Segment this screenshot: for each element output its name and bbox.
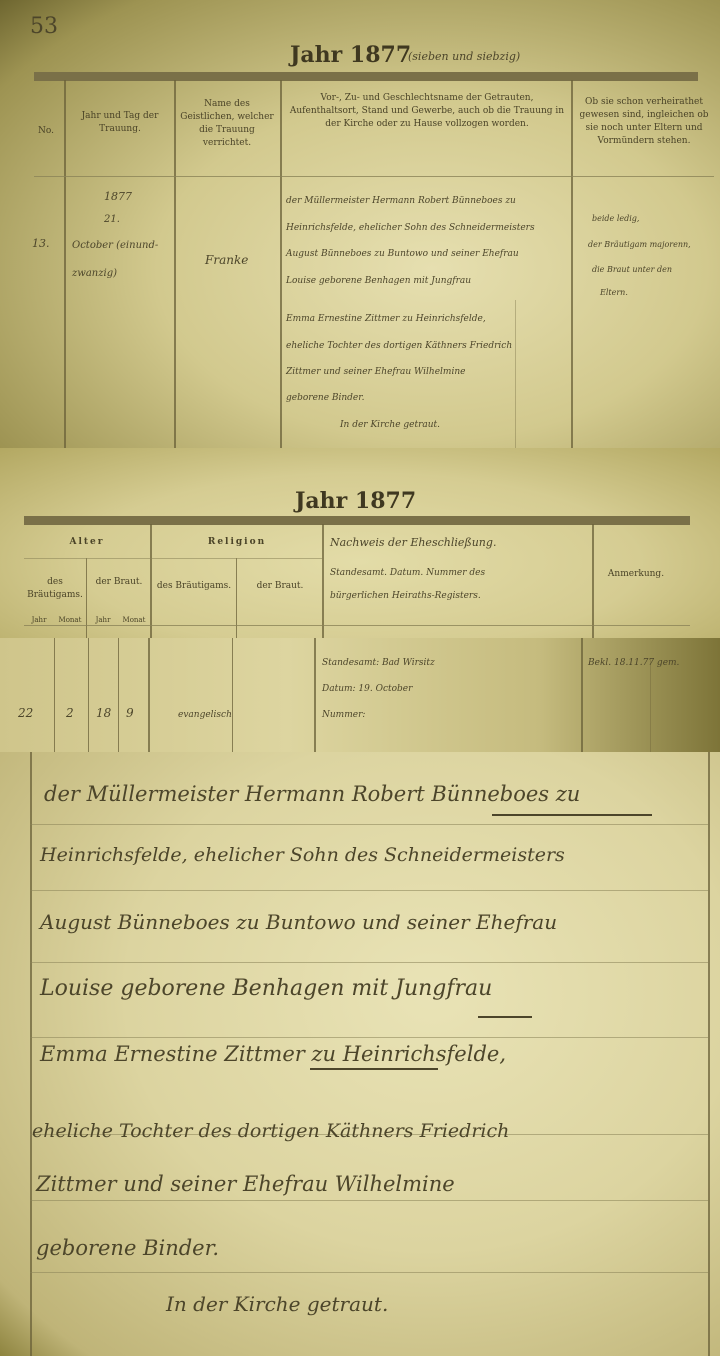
entry-date-written: zwanzig): [72, 268, 117, 279]
col-header-proof-sub: bürgerlichen Heiraths-Registers.: [330, 591, 481, 601]
entry-names-line: Louise geborene Benhagen mit Jungfrau: [286, 276, 471, 286]
ruled-line: [30, 962, 708, 963]
enlarged-entry-panel: der Müllermeister Hermann Robert Bünnebo…: [0, 752, 720, 1356]
col-header-date: Jahr und Tag der Trauung.: [72, 110, 168, 136]
entry-names-line: der Müllermeister Hermann Robert Bünnebo…: [286, 196, 516, 206]
unit-month: Monat: [118, 614, 150, 627]
bride-age-months: 9: [126, 706, 134, 720]
col-header-groom-age: des Bräutigams.: [24, 576, 86, 602]
entry-status-line: die Braut unter den: [592, 265, 672, 274]
col-header-no: No.: [28, 125, 64, 138]
enlarged-line: eheliche Tochter des dortigen Käthners F…: [32, 1120, 509, 1142]
enlarged-line: geborene Binder.: [36, 1236, 219, 1260]
column-divider: [148, 638, 150, 752]
register-top-panel: 53 Jahr 1877 (sieben und siebzig) No. Ja…: [0, 0, 720, 448]
col-group-religion: Religion: [152, 536, 322, 549]
col-header-proof: Nachweis der Eheschließung.: [330, 536, 496, 549]
unit-month: Monat: [54, 614, 86, 627]
column-divider: [174, 80, 176, 448]
entry-names-line: In der Kirche getraut.: [340, 420, 440, 430]
col-header-names: Vor-, Zu- und Geschlechtsname der Getrau…: [288, 92, 566, 131]
col-header-groom-religion: des Bräutigams.: [152, 580, 236, 593]
column-divider: [515, 300, 516, 448]
col-header-remark: Anmerkung.: [596, 568, 676, 581]
subheader-rule: [24, 558, 322, 559]
entry-names-line: geborene Binder.: [286, 393, 364, 403]
register-right-header-panel: Jahr 1877 Alter des Bräutigams. der Brau…: [0, 448, 720, 638]
header-rule: [24, 516, 690, 525]
page-number: 53: [30, 14, 58, 39]
unit-year: Jahr: [88, 614, 118, 627]
col-header-bride-age: der Braut.: [88, 576, 150, 589]
proof-line: Standesamt: Bad Wirsitz: [322, 658, 435, 668]
column-divider: [232, 638, 233, 752]
underline-mark: [478, 1016, 532, 1018]
remark-value: Bekl. 18.11.77 gem.: [588, 658, 679, 668]
entry-status-line: der Bräutigam majorenn,: [588, 240, 691, 249]
ruled-line: [30, 824, 708, 825]
enlarged-line: Heinrichsfelde, ehelicher Sohn des Schne…: [40, 844, 565, 866]
margin-line: [30, 752, 32, 1356]
underline-mark: [492, 814, 652, 816]
col-group-age: Alter: [24, 536, 150, 549]
enlarged-line: Louise geborene Benhagen mit Jungfrau: [40, 976, 492, 1001]
column-divider: [280, 80, 282, 448]
groom-age-years: 22: [18, 706, 33, 720]
entry-names-line: eheliche Tochter des dortigen Käthners F…: [286, 341, 512, 351]
col-header-bride-religion: der Braut.: [238, 580, 322, 593]
register-right-entry-panel: 22 2 18 9 evangelisch Standesamt: Bad Wi…: [0, 638, 720, 752]
col-header-status: Ob sie schon verheirathet gewesen sind, …: [576, 96, 712, 148]
column-divider: [236, 558, 237, 638]
column-divider: [118, 638, 119, 752]
column-divider: [650, 658, 651, 752]
entry-names-line: Zittmer und seiner Ehefrau Wilhelmine: [286, 367, 465, 377]
underline-mark: [310, 1068, 438, 1070]
religion-value: evangelisch: [178, 710, 232, 720]
entry-status-line: Eltern.: [600, 288, 628, 297]
entry-clergy: Franke: [205, 253, 248, 267]
column-divider: [88, 638, 89, 752]
enlarged-line: In der Kirche getraut.: [166, 1292, 388, 1316]
entry-names-line: Emma Ernestine Zittmer zu Heinrichsfelde…: [286, 314, 486, 324]
year-handwritten: (sieben und siebzig): [408, 50, 520, 63]
entry-date-year: 1877: [104, 190, 132, 203]
enlarged-line: der Müllermeister Hermann Robert Bünnebo…: [44, 782, 580, 806]
column-divider: [64, 80, 66, 448]
year-title: Jahr 1877: [290, 42, 411, 68]
column-divider: [86, 558, 87, 638]
column-divider: [571, 80, 573, 448]
bride-age-years: 18: [96, 706, 111, 720]
proof-line: Nummer:: [322, 710, 365, 720]
ruled-line: [30, 1200, 708, 1201]
column-divider: [592, 524, 594, 638]
ruled-line: [30, 1037, 708, 1038]
column-divider: [581, 638, 583, 752]
header-rule: [34, 72, 698, 81]
entry-date-month: October (einund-: [72, 240, 158, 251]
margin-line: [708, 752, 710, 1356]
year-title-right: Jahr 1877: [295, 488, 416, 514]
col-header-proof-sub: Standesamt. Datum. Nummer des: [330, 568, 485, 578]
entry-status-line: beide ledig,: [592, 214, 639, 223]
entry-number: 13.: [32, 237, 50, 250]
entry-date-day: 21.: [104, 214, 120, 225]
entry-names-line: Heinrichsfelde, ehelicher Sohn des Schne…: [286, 223, 535, 233]
ruled-line: [30, 890, 708, 891]
col-header-clergy: Name des Geistlichen, welcher die Trauun…: [178, 98, 276, 150]
proof-line: Datum: 19. October: [322, 684, 412, 694]
unit-year: Jahr: [24, 614, 54, 627]
entry-names-line: August Bünneboes zu Buntowo und seiner E…: [286, 249, 519, 259]
enlarged-line: Zittmer und seiner Ehefrau Wilhelmine: [36, 1172, 455, 1196]
header-bottom-rule: [34, 176, 714, 177]
groom-age-months: 2: [66, 706, 74, 720]
column-divider: [54, 638, 55, 752]
ruled-line: [30, 1272, 708, 1273]
enlarged-line: August Bünneboes zu Buntowo und seiner E…: [40, 910, 557, 934]
column-divider: [322, 524, 324, 638]
column-divider: [314, 638, 316, 752]
enlarged-line: Emma Ernestine Zittmer zu Heinrichsfelde…: [40, 1042, 506, 1066]
